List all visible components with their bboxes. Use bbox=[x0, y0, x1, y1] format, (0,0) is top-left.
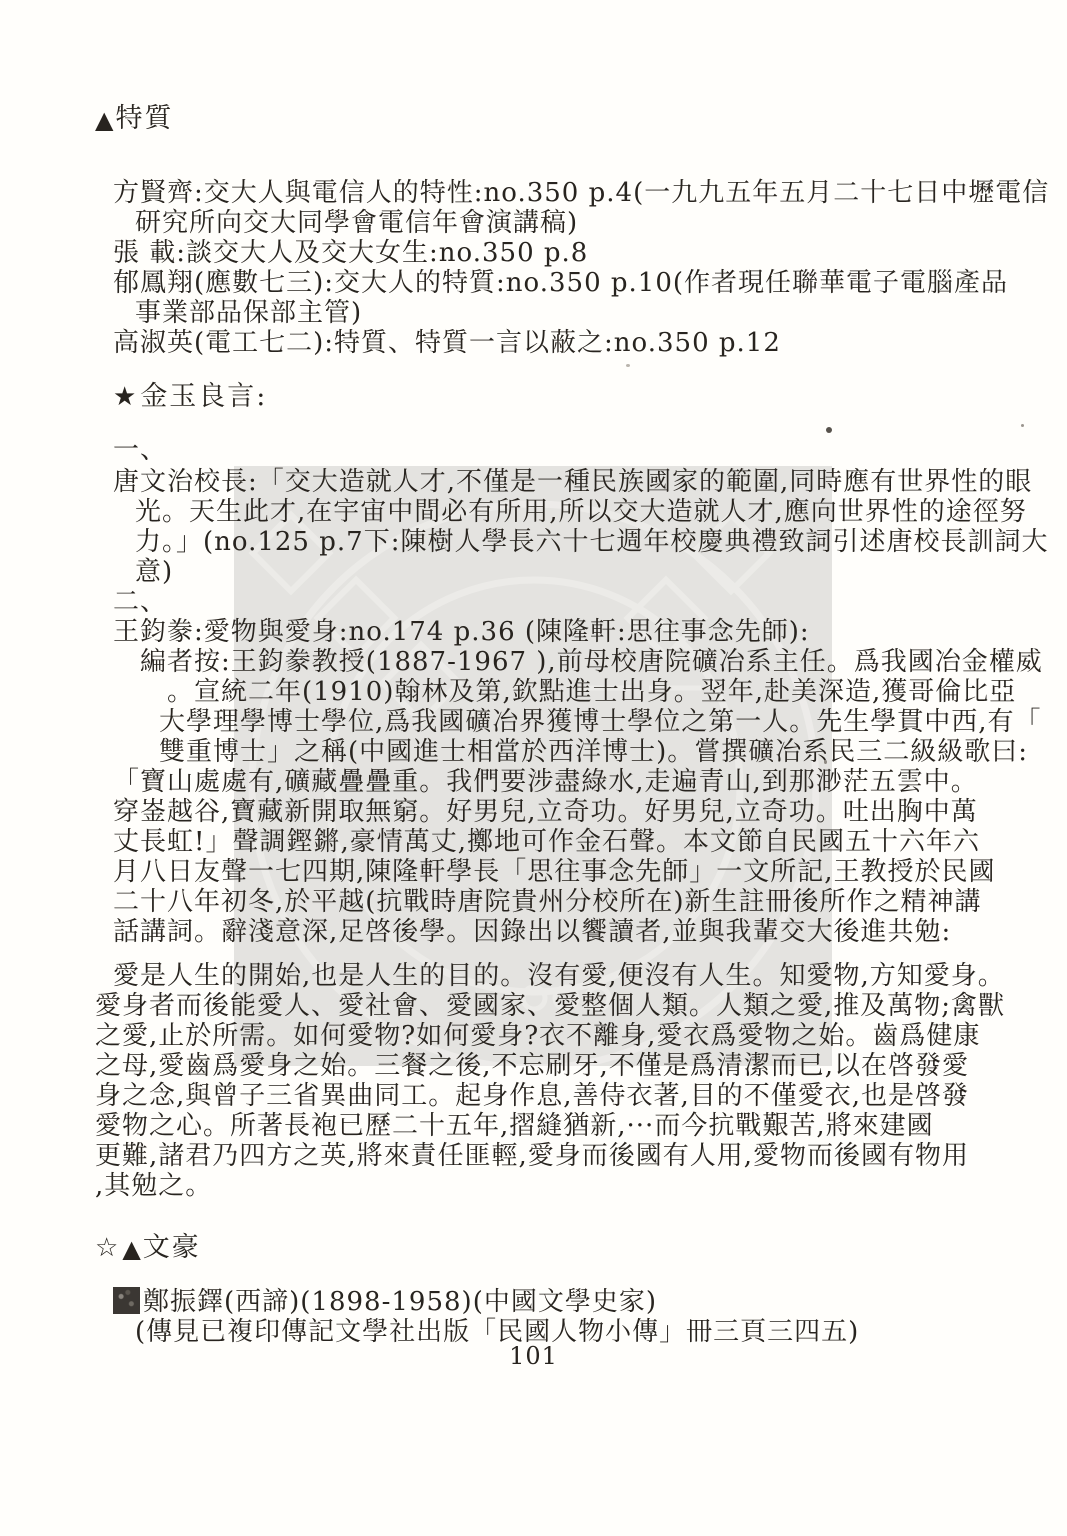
star-outline-icon: ☆ bbox=[95, 1233, 120, 1263]
editor-note-line: 二十八年初冬,於平越(抗戰時唐院貴州分校所在)新生註冊後所作之精神講 bbox=[113, 887, 1007, 917]
essay-line: 更難,諸君乃四方之英,將來責任匪輕,愛身而後國有人用,愛物而後國有物用 bbox=[95, 1141, 1007, 1171]
editor-note-line: 月八日友聲一七四期,陳隆軒學長「思往事念先師」一文所記,王教授於民國 bbox=[113, 857, 1007, 887]
golden-words-title: 金玉良言: bbox=[140, 381, 267, 412]
section-heading-golden-words: ★金玉良言: bbox=[113, 382, 1007, 412]
editor-note-line: 話講詞。辭淺意深,足啓後學。因錄出以饗讀者,並與我輩交大後進共勉: bbox=[113, 917, 1007, 947]
literati-entry-text: 鄭振鐸(西諦)(1898-1958)(中國文學史家) bbox=[143, 1287, 657, 1317]
stamp-square-icon bbox=[113, 1287, 140, 1314]
page-number: 101 bbox=[0, 1342, 1067, 1370]
literati-entry-line: 鄭振鐸(西諦)(1898-1958)(中國文學史家) bbox=[113, 1287, 1007, 1317]
editor-note-line: 「寶山處處有,礦藏疊疊重。我們要涉盡綠水,走遍青山,到那渺茫五雲中。 bbox=[113, 767, 1007, 797]
editor-note-line: 雙重博士」之稱(中國進士相當於西洋博士)。嘗撰礦冶系民三二級級歌曰: bbox=[159, 737, 1007, 767]
star-filled-icon: ★ bbox=[113, 382, 138, 412]
section-heading-literati: ☆▲文豪 bbox=[95, 1233, 1007, 1263]
tang-quote-line: 唐文治校長:「交大造就人才,不僅是一種民族國家的範圍,同時應有世界性的眼 bbox=[113, 467, 1007, 497]
tang-quote-line: 力。」(no.125 p.7下:陳樹人學長六十七週年校慶典禮致詞引述唐校長訓詞大 bbox=[135, 527, 1007, 557]
essay-line: 愛身者而後能愛人、愛社會、愛國家、愛整個人類。人類之愛,推及萬物;禽獸 bbox=[95, 991, 1007, 1021]
traits-title: 特質 bbox=[115, 103, 173, 134]
essay-line: 身之念,與曾子三省異曲同工。起身作息,善侍衣著,目的不僅愛衣,也是啓發 bbox=[95, 1081, 1007, 1111]
triangle-icon: ▲ bbox=[122, 1234, 142, 1264]
scan-artifact bbox=[826, 427, 832, 433]
essay-line: 之母,愛齒爲愛身之始。三餐之後,不忘刷牙,不僅是爲清潔而已,以在啓發愛 bbox=[95, 1051, 1007, 1081]
essay-line: 愛物之心。所著長袍已歷二十五年,摺縫猶新,···而今抗戰艱苦,將來建國 bbox=[95, 1111, 1007, 1141]
tang-quote-line: 光。天生此才,在宇宙中間必有所用,所以交大造就人才,應向世界性的途徑努 bbox=[135, 497, 1007, 527]
document-content: ▲特質 方賢齊:交大人與電信人的特性:no.350 p.4(一九九五年五月二十七… bbox=[0, 0, 1067, 1347]
editor-note-line: 穿崟越谷,寶藏新開取無窮。好男兒,立奇功。好男兒,立奇功。吐出胸中萬 bbox=[113, 797, 1007, 827]
scan-artifact bbox=[626, 364, 630, 367]
list-marker-two: 二、 bbox=[113, 587, 1007, 617]
editor-note-line: 編者按:王鈞豢教授(1887-1967 ),前母校唐院礦冶系主任。爲我國冶金權威 bbox=[140, 647, 1007, 677]
editor-note-line: 大學理學博士學位,爲我國礦冶界獲博士學位之第一人。先生學貫中西,有「 bbox=[159, 707, 1007, 737]
tang-quote-line: 意) bbox=[135, 557, 1007, 587]
traits-entry-line: 郁鳳翔(應數七三):交大人的特質:no.350 p.10(作者現任聯華電子電腦產… bbox=[113, 268, 1007, 298]
list-marker-one: 一、 bbox=[113, 435, 1007, 465]
traits-entry-line: 高淑英(電工七二):特質、特質一言以蔽之:no.350 p.12 bbox=[113, 328, 1007, 358]
scan-artifact bbox=[824, 760, 827, 764]
section-heading-traits: ▲特質 bbox=[95, 104, 1007, 134]
essay-line: ,其勉之。 bbox=[95, 1171, 1007, 1201]
essay-line: 愛是人生的開始,也是人生的目的。沒有愛,便沒有人生。知愛物,方知愛身。 bbox=[113, 961, 1007, 991]
traits-entry-line: 方賢齊:交大人與電信人的特性:no.350 p.4(一九九五年五月二十七日中壢電… bbox=[113, 178, 1007, 208]
triangle-icon: ▲ bbox=[95, 105, 115, 135]
wang-entry-line: 王鈞豢:愛物與愛身:no.174 p.36 (陳隆軒:思往事念先師): bbox=[113, 617, 1007, 647]
literati-title: 文豪 bbox=[143, 1232, 201, 1263]
traits-entry-line: 研究所向交大同學會電信年會演講稿) bbox=[135, 208, 1007, 238]
traits-entry-line: 張 載:談交大人及交大女生:no.350 p.8 bbox=[113, 238, 1007, 268]
editor-note-line: 丈長虹!」聲調鏗鏘,豪情萬丈,擲地可作金石聲。本文節自民國五十六年六 bbox=[113, 827, 1007, 857]
essay-line: 之愛,止於所需。如何愛物?如何愛身?衣不離身,愛衣爲愛物之始。齒爲健康 bbox=[95, 1021, 1007, 1051]
editor-note-line: 。宣統二年(1910)翰林及第,欽點進士出身。翌年,赴美深造,獲哥倫比亞 bbox=[167, 677, 1007, 707]
scan-artifact bbox=[1021, 424, 1024, 427]
scanned-document-page: ▲特質 方賢齊:交大人與電信人的特性:no.350 p.4(一九九五年五月二十七… bbox=[0, 0, 1067, 1536]
traits-entry-line: 事業部品保部主管) bbox=[135, 298, 1007, 328]
